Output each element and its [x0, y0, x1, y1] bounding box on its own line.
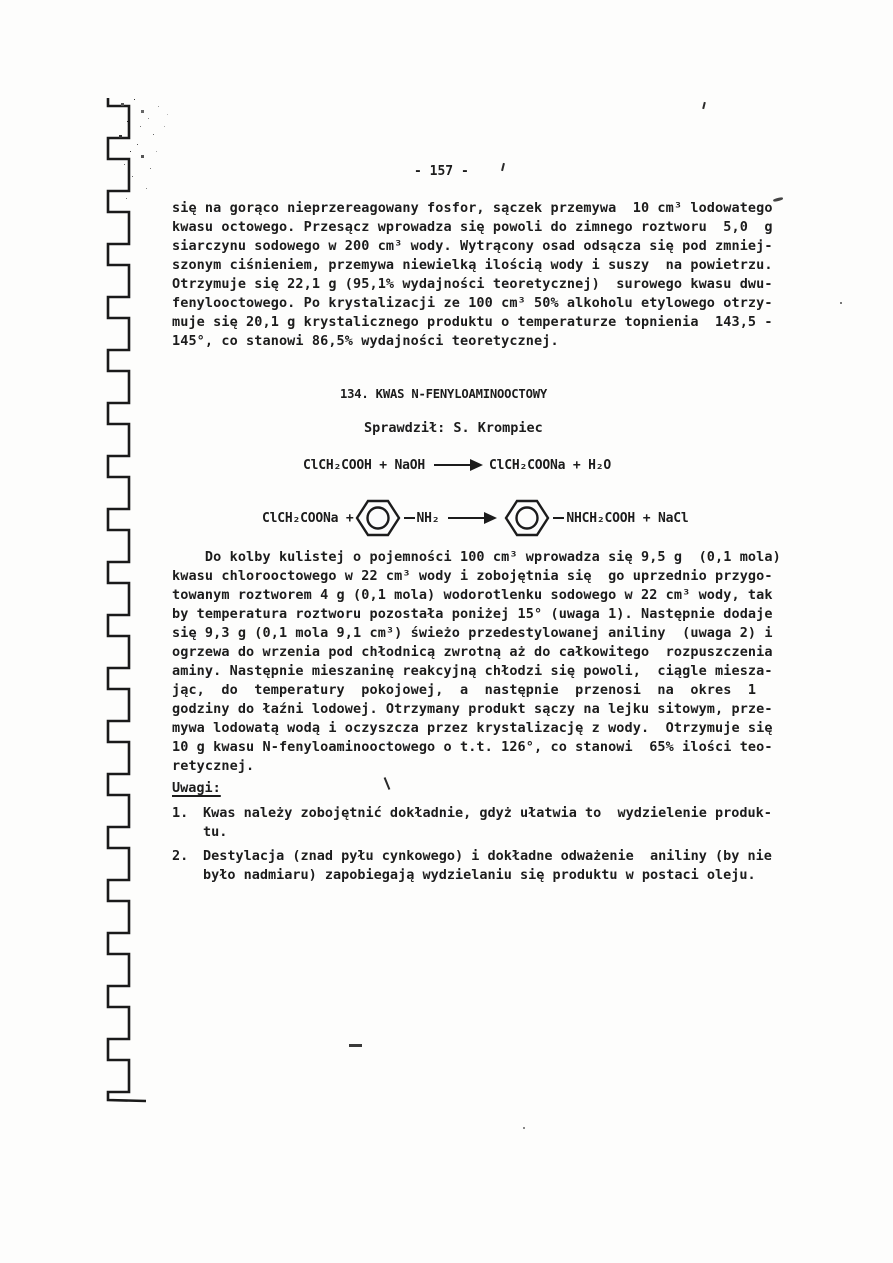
binding-edge-marks [0, 0, 170, 1263]
scan-noise [112, 96, 113, 97]
scan-artifact [349, 1044, 362, 1047]
procedure-paragraph: Do kolby kulistej o pojemności 100 cm³ w… [172, 548, 812, 776]
eq2-amine: NH₂ [417, 511, 440, 526]
eq2-reagent: ClCH₂COONa + [262, 511, 354, 526]
benzene-ring-icon [504, 498, 550, 538]
scan-artifact [523, 1127, 525, 1129]
note-number: 1. [172, 804, 203, 842]
note-item-2: 2. Destylacja (znad pyłu cynkowego) i do… [172, 847, 822, 885]
note-text: Kwas należy zobojętnić dokładnie, gdyż u… [203, 804, 772, 842]
note-number: 2. [172, 847, 203, 885]
note-text: Destylacja (znad pyłu cynkowego) i dokła… [203, 847, 772, 885]
reaction-equation-2: ClCH₂COONa + NH₂ NHCH₂COOH + NaCl [262, 497, 688, 539]
scan-artifact [702, 102, 706, 109]
section-heading: 134. KWAS N-FENYLOAMINOOCTOWY [340, 387, 547, 401]
reaction-arrow-icon [448, 517, 494, 519]
eq2-product: NHCH₂COOH + NaCl [566, 511, 688, 526]
bond-line [404, 517, 415, 519]
intro-paragraph: się na gorąco nieprzereagowany fosfor, s… [172, 199, 812, 351]
reaction-equation-1: ClCH₂COOH + NaOH ClCH₂COONa + H₂O [303, 452, 611, 478]
notes-heading: Uwagi: [172, 780, 221, 796]
reaction-arrow-icon [434, 464, 480, 466]
eq1-rhs: ClCH₂COONa + H₂O [489, 458, 611, 473]
scan-artifact [501, 163, 505, 171]
benzene-ring-icon [355, 498, 401, 538]
scan-artifact [384, 777, 391, 790]
checked-by-line: Sprawdził: S. Krompiec [364, 420, 543, 436]
bond-line [553, 517, 564, 519]
eq1-lhs: ClCH₂COOH + NaOH [303, 458, 425, 473]
page-number: - 157 - [414, 164, 469, 179]
scan-artifact [840, 302, 842, 304]
note-item-1: 1. Kwas należy zobojętnić dokładnie, gdy… [172, 804, 822, 842]
